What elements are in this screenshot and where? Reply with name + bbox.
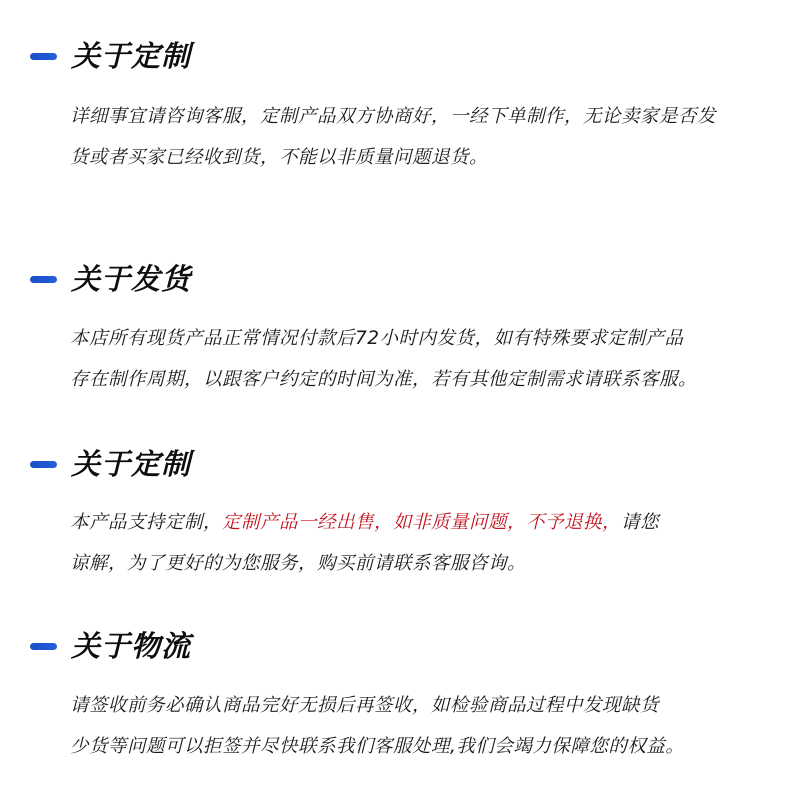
- blue-pill-icon: [30, 643, 57, 650]
- no-return-warning: 定制产品一经出售，如非质量问题，不予退换，: [222, 512, 621, 533]
- body-line: 请签收前务必确认商品完好无损后再签收，如检验商品过程中发现缺货: [70, 685, 684, 726]
- section-heading: 关于定制: [0, 444, 400, 484]
- blue-pill-icon: [30, 53, 57, 60]
- body-text: 本产品支持定制，: [70, 512, 222, 533]
- section-heading: 关于发货: [0, 259, 400, 299]
- body-line: 存在制作周期，以跟客户约定的时间为准，若有其他定制需求请联系客服。: [70, 359, 697, 400]
- section-title: 关于发货: [71, 259, 191, 299]
- body-line: 谅解，为了更好的为您服务，购买前请联系客服咨询。: [70, 543, 659, 584]
- section-title: 关于物流: [71, 626, 191, 666]
- section-heading: 关于物流: [0, 626, 400, 666]
- body-line: 详细事宜请咨询客服，定制产品双方协商好，一经下单制作，无论卖家是否发: [70, 96, 716, 137]
- section-title: 关于定制: [71, 36, 191, 76]
- body-line: 本产品支持定制，定制产品一经出售，如非质量问题，不予退换，请您: [70, 502, 659, 543]
- body-line: 少货等问题可以拒签并尽快联系我们客服处理,我们会竭力保障您的权益。: [70, 726, 684, 767]
- blue-pill-icon: [30, 461, 57, 468]
- section-body: 详细事宜请咨询客服，定制产品双方协商好，一经下单制作，无论卖家是否发 货或者买家…: [70, 96, 716, 178]
- section-body: 本产品支持定制，定制产品一经出售，如非质量问题，不予退换，请您 谅解，为了更好的…: [70, 502, 659, 584]
- body-text: 请您: [621, 512, 659, 533]
- section-body: 本店所有现货产品正常情况付款后72小时内发货，如有特殊要求定制产品 存在制作周期…: [70, 318, 697, 400]
- section-body: 请签收前务必确认商品完好无损后再签收，如检验商品过程中发现缺货 少货等问题可以拒…: [70, 685, 684, 767]
- body-line: 货或者买家已经收到货，不能以非质量问题退货。: [70, 137, 716, 178]
- body-line: 本店所有现货产品正常情况付款后72小时内发货，如有特殊要求定制产品: [70, 318, 697, 359]
- section-heading: 关于定制: [0, 36, 400, 76]
- section-title: 关于定制: [71, 444, 191, 484]
- blue-pill-icon: [30, 276, 57, 283]
